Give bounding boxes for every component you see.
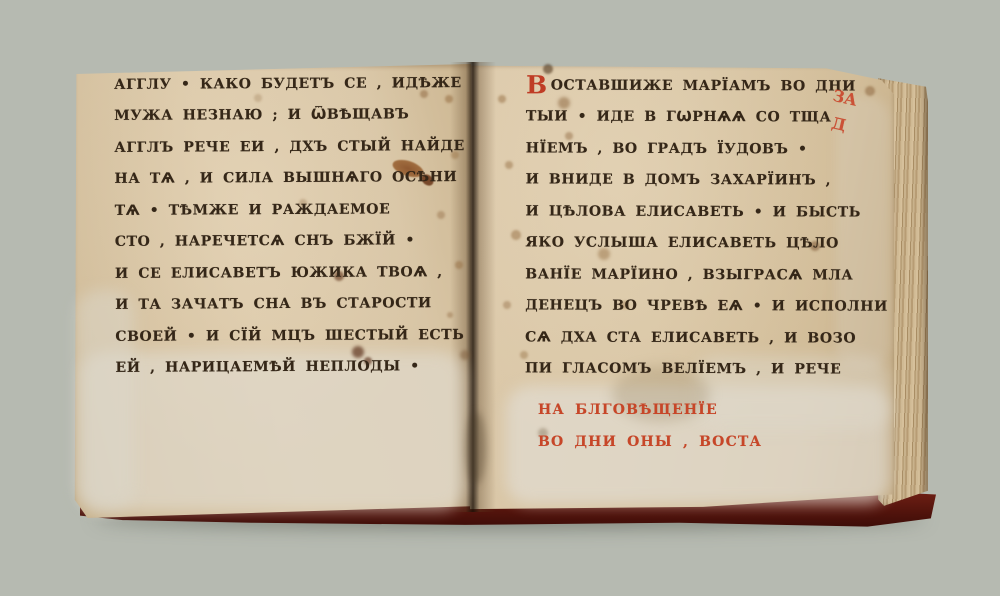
manuscript-line-left-7: И СЕ ЕЛИСАВЕТЪ ЮЖИКА ТВОѦ , bbox=[115, 264, 457, 282]
manuscript-line-right-1-text: ОСТАВШИЖЕ МАРЇАМЪ ВО ДНИ bbox=[551, 78, 856, 95]
rubricated-initial: В bbox=[526, 70, 548, 99]
smudge-stain bbox=[466, 412, 486, 484]
foxing-spots bbox=[0, 0, 6, 6]
manuscript-line-left-5: ТѦ • ТѢМЖЕ И РАЖДАЕМОЕ bbox=[115, 201, 457, 219]
manuscript-line-left-9: СВОЕЙ • И СЇЙ МЦЪ ШЕСТЫЙ ЕСТЬ bbox=[115, 327, 457, 345]
manuscript-line-right-7: ВАНЇЕ МАРЇИНО , ВЗЫГРАСѦ МЛА bbox=[525, 266, 859, 283]
manuscript-line-right-3: НЇЕМЪ , ВО ГРАДЪ ЇУДОВЪ • bbox=[526, 140, 860, 157]
manuscript-line-right-10: ПИ ГЛАСОМЪ ВЕЛЇЕМЪ , И РЕЧЕ bbox=[525, 360, 859, 377]
manuscript-line-right-1: ВОСТАВШИЖЕ МАРЇАМЪ ВО ДНИ bbox=[526, 77, 860, 94]
rubric-line-2: ВО ДНИ ОНЫ , ВОСТА bbox=[538, 434, 798, 450]
rubric-line-1: НА БЛГОВѢЩЕНЇЕ bbox=[538, 402, 798, 418]
manuscript-line-left-10: ЕЙ , НАРИЦАЕМѢЙ НЕПЛОДЫ • bbox=[115, 358, 457, 376]
parchment-patch bbox=[76, 290, 134, 512]
manuscript-line-left-2: МУЖА НЕЗНАЮ ; И ѾВѢЩАВЪ bbox=[114, 106, 456, 124]
manuscript-line-right-6: ЯКО УСЛЫША ЕЛИСАВЕТЬ ЦѢЛО bbox=[525, 234, 859, 251]
right-page-text: ВОСТАВШИЖЕ МАРЇАМЪ ВО ДНИ ТЫИ • ИДЕ В ГѠ… bbox=[526, 77, 860, 78]
manuscript-line-right-4: И ВНИДЕ В ДОМЪ ЗАХАРЇИНЪ , bbox=[526, 171, 860, 188]
manuscript-line-left-3: АГГЛЪ РЕЧЕ ЕИ , ДХЪ СТЫЙ НАЙДЕ bbox=[114, 138, 456, 156]
photo-backdrop: АГГЛУ • КАКО БУДЕТЪ СЕ , ИДѢЖЕ МУЖА НЕЗН… bbox=[0, 0, 1000, 596]
manuscript-line-right-5: И ЦѢЛОВА ЕЛИСАВЕТЬ • И БЫСТЬ bbox=[526, 203, 860, 220]
manuscript-line-right-9: СѦ ДХА СТА ЕЛИСАВЕТЬ , И ВОЗО bbox=[525, 329, 859, 346]
manuscript-line-left-6: СТО , НАРЕЧЕТСѦ СНЪ БЖЇЙ • bbox=[115, 232, 457, 250]
manuscript-line-right-8: ДЕНЕЦЪ ВО ЧРЕВѢ ЕѦ • И ИСПОЛНИ bbox=[525, 297, 859, 314]
manuscript-line-left-4: НА ТѦ , И СИЛА ВЫШНѦГО ОСѢНИ bbox=[114, 169, 456, 187]
manuscript-line-left-8: И ТА ЗАЧАТЪ СНА ВЪ СТАРОСТИ bbox=[115, 295, 457, 313]
manuscript-line-right-2: ТЫИ • ИДЕ В ГѠРНѦѦ СО ТЩА bbox=[526, 108, 860, 125]
manuscript-line-left-1: АГГЛУ • КАКО БУДЕТЪ СЕ , ИДѢЖЕ bbox=[114, 75, 456, 93]
